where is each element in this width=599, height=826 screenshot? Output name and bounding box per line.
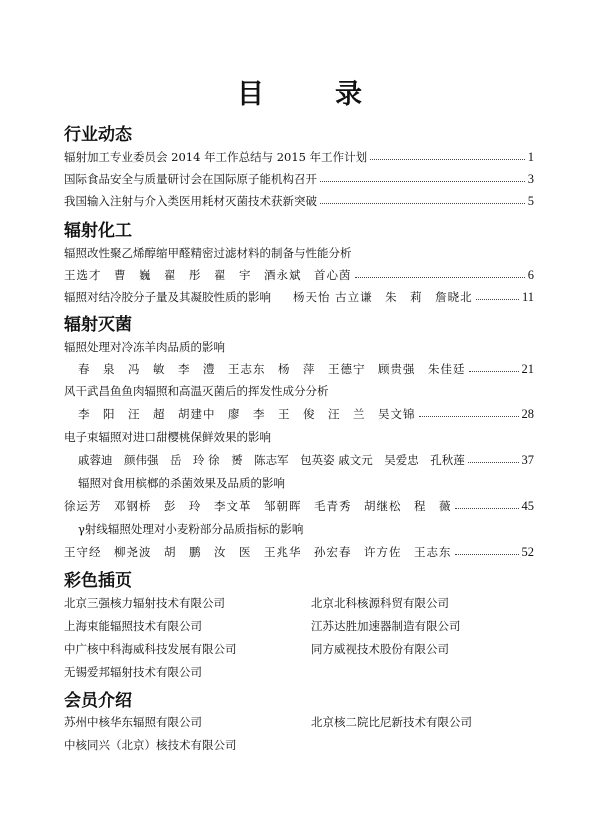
page-number: 5 bbox=[528, 192, 534, 210]
company-item[interactable]: 北京三强核力辐射技术有限公司 bbox=[64, 594, 225, 612]
entry-authors: 王选才 曹 巍 翟 彤 翟 宇 酒永斌 首心茵 bbox=[64, 266, 352, 284]
toc-entry[interactable]: 辐射加工专业委员会 2014 年工作总结与 2015 年工作计划 1 bbox=[64, 148, 534, 166]
toc-entry-authors-line[interactable]: 春 泉 冯 敏 李 澧 王志东 杨 萍 王德宁 顾贵强 朱佳廷 21 bbox=[64, 360, 534, 378]
entry-authors: 李 阳 汪 超 胡建中 廖 李 王 俊 汪 兰 吴文锦 bbox=[64, 405, 416, 423]
toc-entry[interactable]: 辐照对结冷胶分子量及其凝胶性质的影响 杨天怡 古立谦 朱 莉 詹晓北 11 bbox=[64, 288, 534, 306]
section-heading-radiation-sterilization: 辐射灭菌 bbox=[64, 310, 132, 335]
entry-title: 辐射加工专业委员会 2014 年工作总结与 2015 年工作计划 bbox=[64, 148, 367, 166]
page-number: 21 bbox=[522, 360, 535, 378]
page-number: 11 bbox=[522, 288, 534, 306]
entry-authors: 王守经 柳尧波 胡 鹏 汝 医 王兆华 孙宏春 许方佐 王志东 bbox=[64, 543, 452, 561]
leader-dots bbox=[476, 299, 519, 300]
page-number: 6 bbox=[528, 266, 534, 284]
toc-entry-title-line[interactable]: 风干武昌鱼鱼肉辐照和高温灭菌后的挥发性成分分析 bbox=[64, 382, 534, 400]
section-heading-industry-news: 行业动态 bbox=[64, 120, 132, 145]
entry-authors: 戚蓉迪 颜伟强 岳 玲 徐 赟 陈志军 包英姿 戚文元 吴爱忠 孔秋莲 bbox=[64, 451, 465, 469]
toc-entry-title-line[interactable]: 电子束辐照对进口甜樱桃保鲜效果的影响 bbox=[64, 428, 534, 446]
toc-entry-title-line[interactable]: γ射线辐照处理对小麦粉部分品质指标的影响 bbox=[64, 520, 534, 538]
toc-entry[interactable]: 我国输入注射与介入类医用耗材灭菌技术获新突破 5 bbox=[64, 192, 534, 210]
leader-dots bbox=[419, 416, 519, 417]
leader-dots bbox=[455, 554, 519, 555]
company-item[interactable]: 北京核二院比尼新技术有限公司 bbox=[311, 713, 472, 731]
leader-dots bbox=[355, 277, 525, 278]
toc-entry-title-line[interactable]: 辐照改性聚乙烯醇缩甲醛精密过滤材料的制备与性能分析 bbox=[64, 244, 534, 262]
section-heading-radiation-chemistry: 辐射化工 bbox=[64, 216, 132, 241]
leader-dots bbox=[468, 462, 519, 463]
page-number: 52 bbox=[522, 543, 535, 561]
leader-dots bbox=[320, 203, 525, 204]
entry-title: 辐照改性聚乙烯醇缩甲醛精密过滤材料的制备与性能分析 bbox=[64, 244, 352, 262]
section-heading-member-intro: 会员介绍 bbox=[64, 686, 132, 711]
entry-title: 国际食品安全与质量研讨会在国际原子能机构召开 bbox=[64, 170, 317, 188]
entry-title: 风干武昌鱼鱼肉辐照和高温灭菌后的挥发性成分分析 bbox=[64, 382, 329, 400]
company-item[interactable]: 中核同兴（北京）核技术有限公司 bbox=[64, 736, 237, 754]
toc-entry-authors-line[interactable]: 王守经 柳尧波 胡 鹏 汝 医 王兆华 孙宏春 许方佐 王志东 52 bbox=[64, 543, 534, 561]
toc-entry-authors-line[interactable]: 李 阳 汪 超 胡建中 廖 李 王 俊 汪 兰 吴文锦 28 bbox=[64, 405, 534, 423]
leader-dots bbox=[370, 159, 525, 160]
leader-dots bbox=[320, 181, 525, 182]
entry-title: γ射线辐照处理对小麦粉部分品质指标的影响 bbox=[64, 520, 303, 538]
company-item[interactable]: 江苏达胜加速器制造有限公司 bbox=[311, 617, 461, 635]
entry-title: 电子束辐照对进口甜樱桃保鲜效果的影响 bbox=[64, 428, 271, 446]
toc-entry[interactable]: 国际食品安全与质量研讨会在国际原子能机构召开 3 bbox=[64, 170, 534, 188]
toc-entry-authors-line[interactable]: 王选才 曹 巍 翟 彤 翟 宇 酒永斌 首心茵 6 bbox=[64, 266, 534, 284]
entry-authors: 春 泉 冯 敏 李 澧 王志东 杨 萍 王德宁 顾贵强 朱佳廷 bbox=[64, 360, 466, 378]
page-number: 37 bbox=[522, 451, 535, 469]
page-number: 28 bbox=[522, 405, 535, 423]
company-item[interactable]: 北京北科核源科贸有限公司 bbox=[311, 594, 449, 612]
page-number: 3 bbox=[528, 170, 534, 188]
leader-dots bbox=[469, 371, 519, 372]
toc-page: 目 录 行业动态 辐射加工专业委员会 2014 年工作总结与 2015 年工作计… bbox=[0, 0, 599, 826]
page-number: 45 bbox=[522, 497, 535, 515]
company-item[interactable]: 中广核中科海威科技发展有限公司 bbox=[64, 640, 237, 658]
company-item[interactable]: 苏州中核华东辐照有限公司 bbox=[64, 713, 202, 731]
entry-authors: 徐运芳 邓钢桥 彭 玲 李文革 邹朝晖 毛青秀 胡继松 程 薇 bbox=[64, 497, 452, 515]
leader-dots bbox=[455, 508, 519, 509]
toc-entry-authors-line[interactable]: 徐运芳 邓钢桥 彭 玲 李文革 邹朝晖 毛青秀 胡继松 程 薇 45 bbox=[64, 497, 534, 515]
page-number: 1 bbox=[528, 148, 534, 166]
toc-entry-title-line[interactable]: 辐照对食用槟榔的杀菌效果及品质的影响 bbox=[64, 474, 534, 492]
entry-title: 辐照对食用槟榔的杀菌效果及品质的影响 bbox=[64, 474, 285, 492]
toc-entry-authors-line[interactable]: 戚蓉迪 颜伟强 岳 玲 徐 赟 陈志军 包英姿 戚文元 吴爱忠 孔秋莲 37 bbox=[64, 451, 534, 469]
entry-title: 辐照处理对冷冻羊肉品质的影响 bbox=[64, 338, 225, 356]
section-heading-color-plates: 彩色插页 bbox=[64, 566, 132, 591]
entry-title: 我国输入注射与介入类医用耗材灭菌技术获新突破 bbox=[64, 192, 317, 210]
company-item[interactable]: 无锡爱邦辐射技术有限公司 bbox=[64, 663, 202, 681]
entry-authors: 杨天怡 古立谦 朱 莉 詹晓北 bbox=[293, 288, 473, 306]
company-item[interactable]: 上海束能辐照技术有限公司 bbox=[64, 617, 202, 635]
entry-title: 辐照对结冷胶分子量及其凝胶性质的影响 bbox=[64, 288, 271, 306]
toc-entry-title-line[interactable]: 辐照处理对冷冻羊肉品质的影响 bbox=[64, 338, 534, 356]
company-item[interactable]: 同方威视技术股份有限公司 bbox=[311, 640, 449, 658]
page-title: 目 录 bbox=[0, 72, 599, 111]
